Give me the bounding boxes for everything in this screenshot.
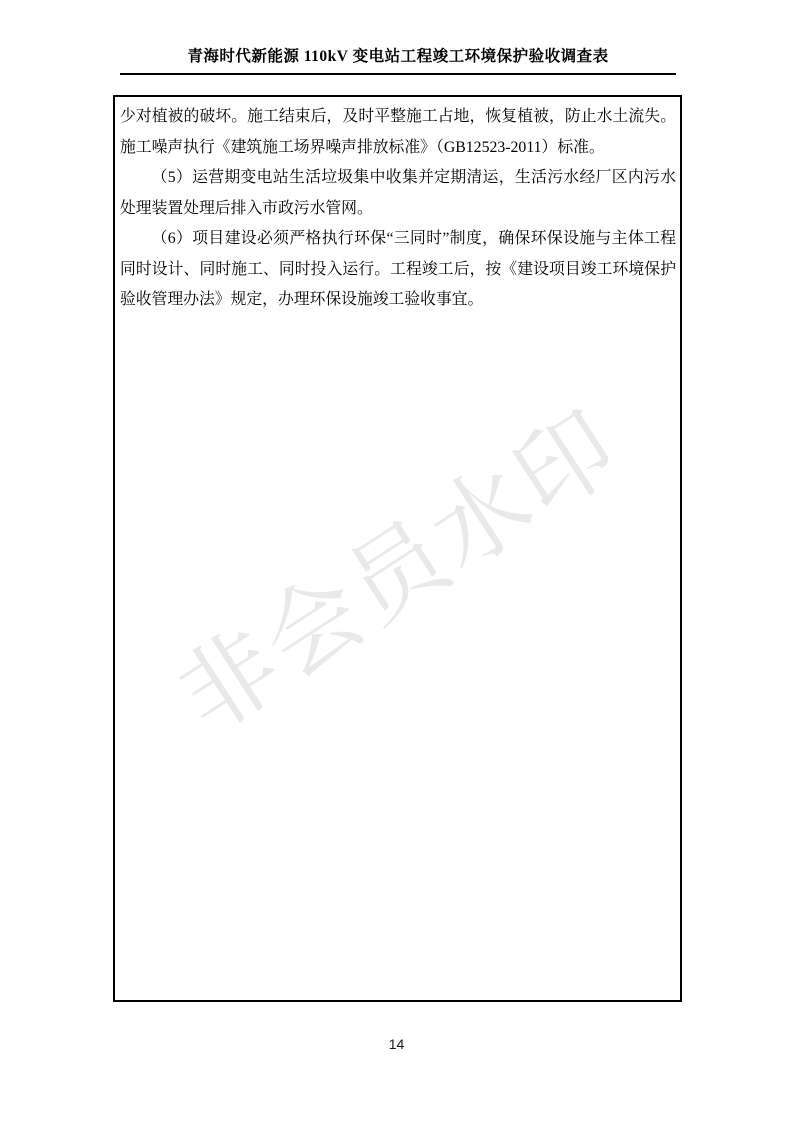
- paragraph-item-6: （6）项目建设必须严格执行环保“三同时”制度，确保环保设施与主体工程同时设计、同…: [120, 224, 676, 316]
- document-page: 非会员水印 青海时代新能源 110kV 变电站工程竣工环境保护验收调查表 少对植…: [0, 0, 793, 1122]
- paragraph-item-5: （5）运营期变电站生活垃圾集中收集并定期清运，生活污水经厂区内污水处理装置处理后…: [120, 163, 676, 224]
- page-number: 14: [0, 1036, 793, 1052]
- content-box: 少对植被的破坏。施工结束后，及时平整施工占地，恢复植被，防止水土流失。施工噪声执…: [113, 95, 682, 1002]
- paragraph-continuation: 少对植被的破坏。施工结束后，及时平整施工占地，恢复植被，防止水土流失。施工噪声执…: [120, 102, 676, 163]
- document-title: 青海时代新能源 110kV 变电站工程竣工环境保护验收调查表: [120, 44, 676, 75]
